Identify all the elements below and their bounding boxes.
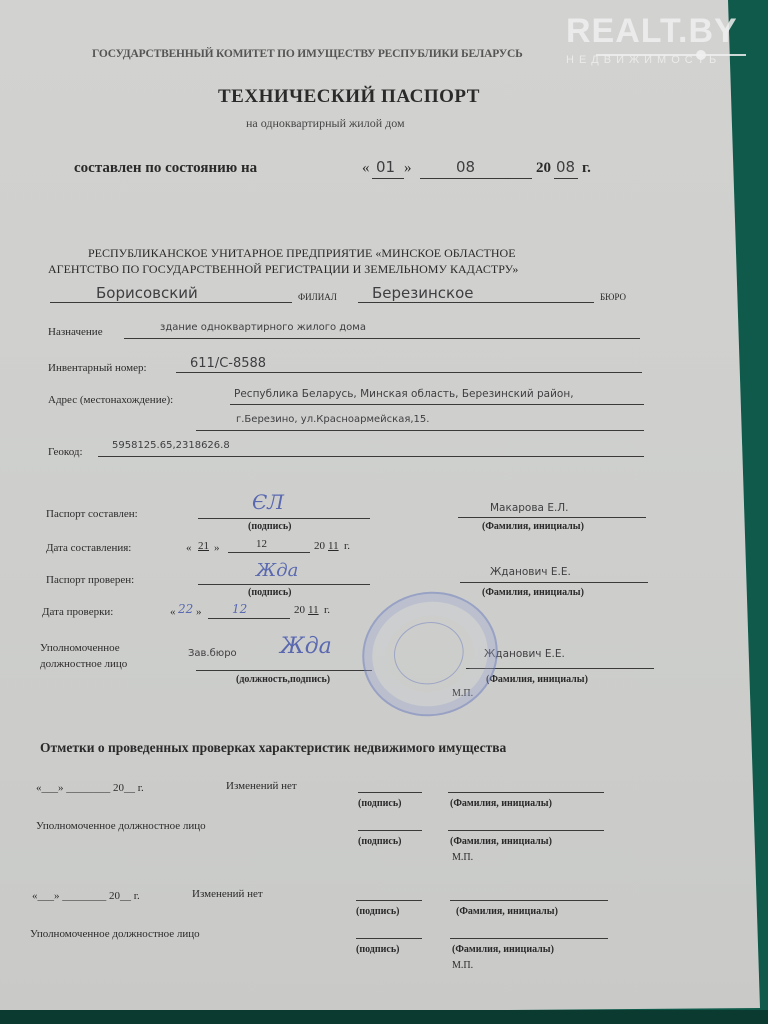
checked-name-caption: (Фамилия, инициалы) bbox=[482, 587, 584, 598]
compile-year-unit: г. bbox=[344, 540, 350, 552]
inspection-official-label: Уполномоченное должностное лицо bbox=[30, 928, 200, 940]
inspection-signature-caption: (подпись) bbox=[358, 798, 401, 809]
official-seal-stamp bbox=[351, 579, 510, 729]
checked-name: Жданович Е.Е. bbox=[490, 566, 571, 578]
compile-day: 21 bbox=[198, 540, 209, 552]
compile-year-suffix: 11 bbox=[328, 540, 339, 552]
bureau-value: Березинское bbox=[372, 284, 474, 302]
compiled-name: Макарова Е.Л. bbox=[490, 502, 569, 514]
official-signature: Жда bbox=[280, 634, 332, 659]
checked-label: Паспорт проверен: bbox=[46, 574, 134, 586]
bureau-label: БЮРО bbox=[600, 292, 626, 302]
inspection-seal-caption: М.П. bbox=[452, 960, 473, 971]
official-name-caption: (Фамилия, инициалы) bbox=[486, 674, 588, 685]
check-date-label: Дата проверки: bbox=[42, 606, 113, 618]
background-edge bbox=[0, 1010, 768, 1024]
check-day: 22 bbox=[178, 602, 193, 616]
state-date-month: 08 bbox=[456, 158, 475, 176]
compile-year-prefix: 20 bbox=[314, 540, 325, 552]
agency-line-2: АГЕНТСТВО ПО ГОСУДАРСТВЕННОЙ РЕГИСТРАЦИИ… bbox=[48, 262, 518, 277]
check-month: 12 bbox=[232, 602, 247, 616]
document-title: ТЕХНИЧЕСКИЙ ПАСПОРТ bbox=[218, 86, 480, 108]
geocode-label: Геокод: bbox=[48, 446, 83, 458]
inventory-label: Инвентарный номер: bbox=[48, 362, 147, 374]
compile-date-quote-open: « bbox=[186, 542, 192, 554]
checked-signature-caption: (подпись) bbox=[248, 587, 291, 598]
official-label-1: Уполномоченное bbox=[40, 642, 120, 654]
inspection-date: «___» ________ 20__ г. bbox=[32, 890, 140, 902]
compiled-name-caption: (Фамилия, инициалы) bbox=[482, 521, 584, 532]
state-date-day: 01 bbox=[376, 158, 395, 176]
check-year-unit: г. bbox=[324, 604, 330, 616]
logo-dot-icon bbox=[696, 50, 706, 60]
state-date-quote-close: » bbox=[404, 160, 412, 177]
state-date-label: составлен по состоянию на bbox=[74, 160, 257, 177]
official-position-caption: (должность,подпись) bbox=[236, 674, 330, 685]
branch-value: Борисовский bbox=[96, 284, 198, 302]
inspections-heading: Отметки о проведенных проверках характер… bbox=[40, 740, 506, 756]
inventory-value: 611/С-8588 bbox=[190, 356, 266, 371]
logo-underline bbox=[596, 54, 746, 56]
check-year-suffix: 11 bbox=[308, 604, 319, 616]
address-line-2: г.Березино, ул.Красноармейская,15. bbox=[236, 414, 429, 425]
inspection-official-label: Уполномоченное должностное лицо bbox=[36, 820, 206, 832]
state-date-year-unit: г. bbox=[582, 160, 591, 177]
checked-signature: Жда bbox=[256, 560, 298, 581]
state-date-quote-open: « bbox=[362, 160, 370, 177]
compile-date-quote-close: » bbox=[214, 542, 220, 554]
document-subtitle: на одноквартирный жилой дом bbox=[246, 116, 405, 131]
compile-month: 12 bbox=[256, 538, 267, 550]
inspection-date: «___» ________ 20__ г. bbox=[36, 782, 144, 794]
issuer-heading: ГОСУДАРСТВЕННЫЙ КОМИТЕТ ПО ИМУЩЕСТВУ РЕС… bbox=[92, 48, 523, 60]
address-label: Адрес (местонахождение): bbox=[48, 394, 173, 406]
inspection-name-caption-2: (Фамилия, инициалы) bbox=[450, 836, 552, 847]
purpose-label: Назначение bbox=[48, 326, 103, 338]
inspection-status: Изменений нет bbox=[226, 780, 297, 792]
realt-logo-text: REALT.BY bbox=[566, 14, 738, 48]
compiled-label: Паспорт составлен: bbox=[46, 508, 138, 520]
check-date-quote-close: » bbox=[196, 606, 202, 618]
geocode-value: 5958125.65,2318626.8 bbox=[112, 440, 230, 451]
inspection-signature-caption-2: (подпись) bbox=[356, 944, 399, 955]
compile-date-label: Дата составления: bbox=[46, 542, 131, 554]
inspection-seal-caption: М.П. bbox=[452, 852, 473, 863]
inspection-name-caption: (Фамилия, инициалы) bbox=[456, 906, 558, 917]
inspection-status: Изменений нет bbox=[192, 888, 263, 900]
address-line-1: Республика Беларусь, Минская область, Бе… bbox=[234, 388, 574, 400]
document-page: ГОСУДАРСТВЕННЫЙ КОМИТЕТ ПО ИМУЩЕСТВУ РЕС… bbox=[0, 0, 768, 1024]
inspection-name-caption: (Фамилия, инициалы) bbox=[450, 798, 552, 809]
inspection-signature-caption: (подпись) bbox=[356, 906, 399, 917]
compiled-signature-caption: (подпись) bbox=[248, 521, 291, 532]
compiled-signature: ЄЛ bbox=[252, 490, 284, 514]
inspection-name-caption-2: (Фамилия, инициалы) bbox=[452, 944, 554, 955]
agency-line-1: РЕСПУБЛИКАНСКОЕ УНИТАРНОЕ ПРЕДПРИЯТИЕ «М… bbox=[88, 246, 516, 261]
check-date-quote-open: « bbox=[170, 606, 176, 618]
official-position: Зав.бюро bbox=[188, 648, 237, 659]
check-year-prefix: 20 bbox=[294, 604, 305, 616]
realt-logo: REALT.BY НЕДВИЖИМОСТЬ bbox=[566, 14, 738, 66]
state-date-year-suffix: 08 bbox=[556, 158, 575, 176]
official-label-2: должностное лицо bbox=[40, 658, 127, 670]
branch-label: ФИЛИАЛ bbox=[298, 292, 337, 302]
purpose-value: здание одноквартирного жилого дома bbox=[160, 322, 366, 333]
state-date-year-prefix: 20 bbox=[536, 160, 551, 177]
inspection-signature-caption-2: (подпись) bbox=[358, 836, 401, 847]
